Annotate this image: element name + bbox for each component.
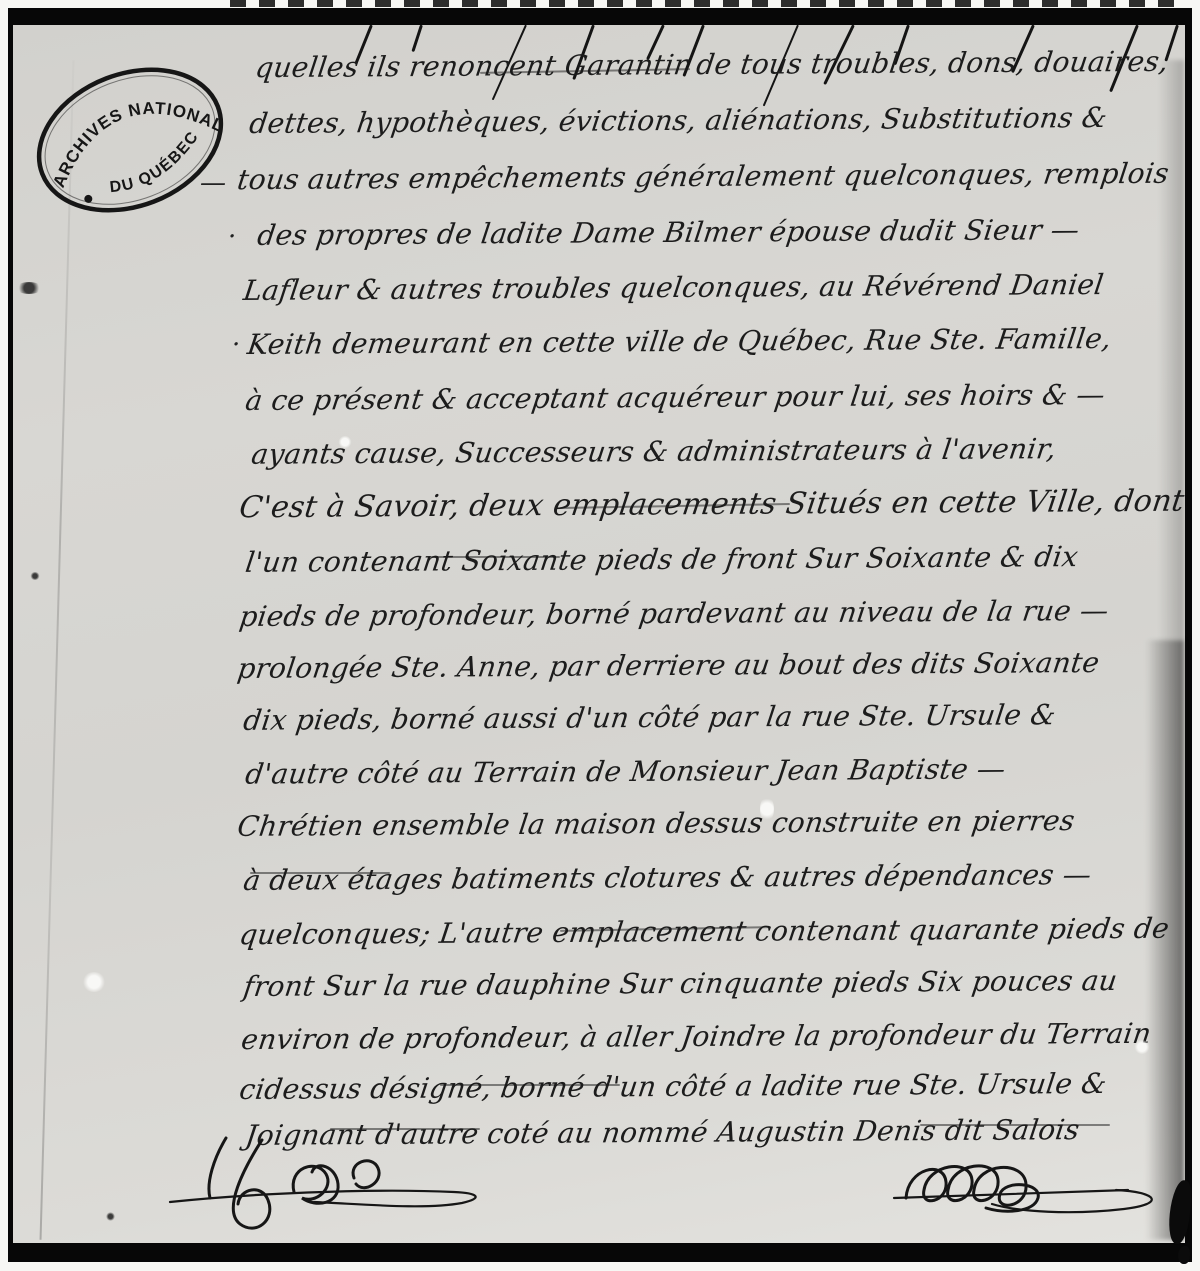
cutoff-top-line-fragments	[230, 0, 1180, 7]
stamp-bottom-text: DU QUÉBEC	[98, 125, 212, 201]
manuscript-line: quelles ils renoncent Garantir de tous t…	[253, 45, 1170, 84]
margin-dash-mark: —	[200, 168, 226, 198]
manuscript-line: prolongée Ste. Anne, par derriere au bou…	[235, 646, 1101, 685]
paper-spot	[82, 972, 106, 992]
paper-smudge	[16, 282, 42, 294]
page-edge-shadow	[1146, 640, 1184, 1240]
manuscript-line: Lafleur & autres troubles quelconques, a…	[241, 268, 1105, 307]
paper-spot	[1134, 1040, 1150, 1054]
manuscript-line: front Sur la rue dauphine Sur cinquante …	[241, 964, 1119, 1003]
manuscript-line: quelconques; L'autre emplacement contena…	[237, 912, 1171, 951]
ink-strike-stroke	[920, 1124, 1110, 1126]
ink-strike-stroke	[330, 1128, 480, 1130]
paper-spot	[760, 796, 774, 822]
manuscript-line: à deux étages batiments clotures & autre…	[241, 858, 1093, 897]
paper-smudge	[30, 572, 40, 580]
paraph-flourish-left	[166, 1136, 506, 1241]
manuscript-paper	[13, 25, 1185, 1243]
manuscript-line: l'un contenant Soixante pieds de front S…	[243, 540, 1080, 579]
manuscript-line: d'autre côté au Terrain de Monsieur Jean…	[243, 752, 1007, 790]
manuscript-line: à ce présent & acceptant acquéreur pour …	[243, 378, 1107, 417]
manuscript-line: dettes, hypothèques, évictions, aliénati…	[247, 101, 1109, 140]
paper-smudge	[106, 1212, 115, 1221]
ink-strike-stroke	[430, 556, 560, 558]
scanned-document-page: ARCHIVES NATIONALES DU QUÉBEC — · · quel…	[0, 0, 1200, 1271]
manuscript-line: dix pieds, borné aussi d'un côté par la …	[241, 698, 1057, 737]
manuscript-line: Chrétien ensemble la maison dessus const…	[235, 804, 1076, 843]
svg-text:DU QUÉBEC: DU QUÉBEC	[98, 125, 212, 201]
manuscript-line: des propres de ladite Dame Bilmer épouse…	[255, 213, 1081, 252]
manuscript-line: environ de profondeur, à aller Joindre l…	[239, 1017, 1153, 1056]
margin-dot-mark: ·	[228, 222, 236, 252]
ink-strike-stroke	[250, 872, 390, 874]
margin-dot-mark: ·	[232, 330, 240, 360]
paraph-flourish-right	[890, 1146, 1190, 1241]
manuscript-line: pieds de profondeur, borné pardevant au …	[237, 594, 1110, 633]
ink-strike-stroke	[440, 1084, 620, 1086]
page-corner-curl	[1178, 1246, 1190, 1264]
manuscript-line: tous autres empêchements généralement qu…	[235, 157, 1171, 196]
paper-spot	[338, 436, 352, 448]
page-edge-shadow	[1158, 60, 1184, 640]
manuscript-line: Keith demeurant en cette ville de Québec…	[245, 322, 1113, 361]
manuscript-line: cidessus désigné, borné d'un côté a ladi…	[237, 1067, 1108, 1106]
manuscript-line: ayants cause, Successeurs & administrate…	[249, 432, 1058, 471]
